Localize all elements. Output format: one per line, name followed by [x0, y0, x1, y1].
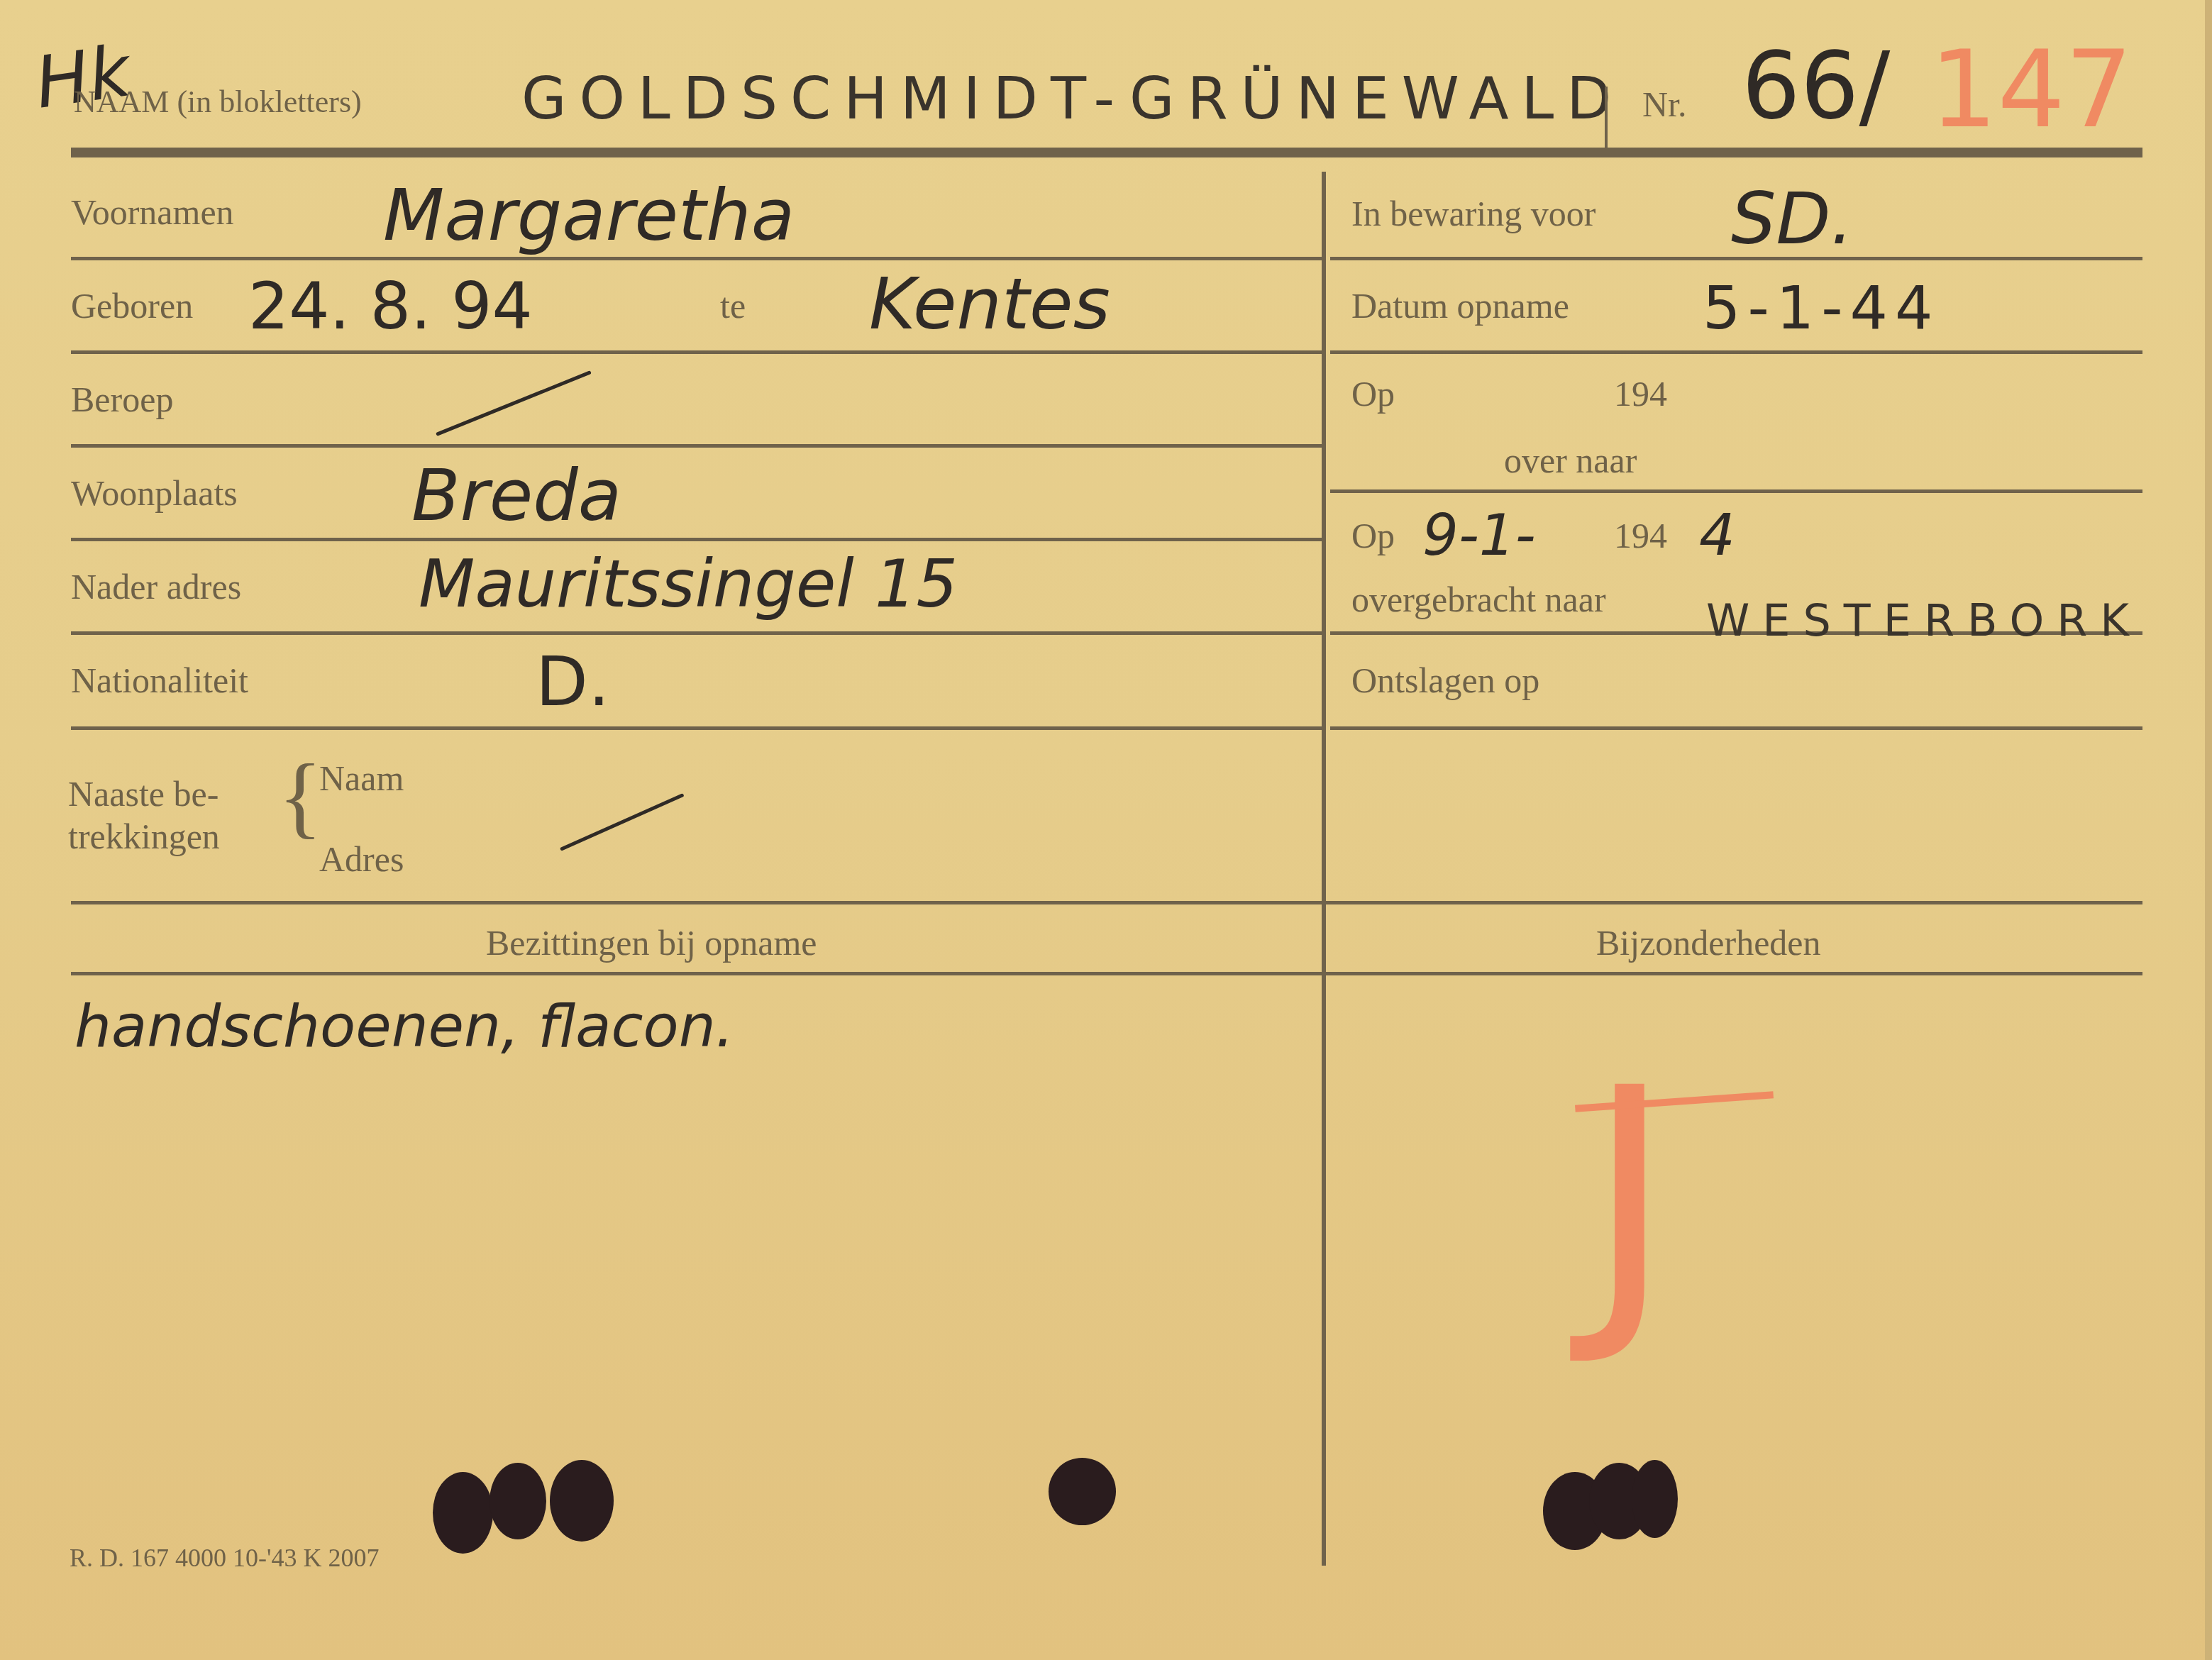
- bijzonderheden-mark: J: [1586, 1050, 1674, 1348]
- overgebracht-value: WESTERBORK: [1706, 594, 2142, 646]
- punch-hole: [1632, 1460, 1678, 1538]
- voornamen-label: Voornamen: [71, 192, 234, 233]
- op2-label: Op: [1351, 515, 1395, 556]
- rule: [1330, 726, 2142, 730]
- bezittingen-value: handschoenen, flacon.: [74, 993, 734, 1061]
- rule: [1330, 489, 2142, 493]
- relations-brace: {: [278, 751, 322, 843]
- punch-hole: [433, 1472, 493, 1554]
- rule: [71, 444, 1322, 448]
- beroep-label: Beroep: [71, 379, 173, 420]
- rule: [71, 901, 2142, 904]
- rule: [71, 726, 1322, 730]
- op1-year: 194: [1614, 373, 1667, 414]
- nr-red-value: 147: [1930, 28, 2133, 152]
- woonplaats-label: Woonplaats: [71, 472, 238, 514]
- relations-value-dash: [560, 793, 685, 851]
- naam-label: NAAM (in blokletters): [74, 84, 362, 120]
- datum-opname-label: Datum opname: [1351, 285, 1569, 326]
- op2-year: 194: [1614, 515, 1667, 556]
- relations-naam-label: Naam: [319, 758, 404, 799]
- nr-divider: [1605, 87, 1608, 149]
- header-rule: [71, 148, 2142, 157]
- center-divider: [1322, 172, 1326, 1566]
- rule: [71, 972, 2142, 975]
- naam-value: GOLDSCHMIDT-GRÜNEWALD: [521, 65, 1624, 133]
- nationaliteit-value: D.: [536, 642, 609, 721]
- bewaring-value: SD.: [1731, 177, 1853, 260]
- geboren-te-label: te: [720, 285, 746, 326]
- bijzonderheden-heading: Bijzonderheden: [1596, 922, 1821, 963]
- geboren-label: Geboren: [71, 285, 193, 326]
- rule: [71, 257, 1322, 260]
- beroep-value-dash: [436, 370, 592, 436]
- nr-label: Nr.: [1642, 84, 1687, 125]
- geboren-te-value: Kentes: [869, 262, 1110, 345]
- rule: [71, 631, 1322, 635]
- op2-year-suffix: 4: [1699, 502, 1735, 568]
- relations-label-line1: Naaste be-: [68, 773, 219, 814]
- woonplaats-value: Breda: [411, 454, 621, 537]
- geboren-value: 24. 8. 94: [248, 270, 533, 344]
- punch-hole: [490, 1463, 546, 1539]
- ontslagen-label: Ontslagen op: [1351, 660, 1539, 701]
- overgebracht-label: overgebracht naar: [1351, 579, 1606, 620]
- registration-card: Hk NAAM (in blokletters) GOLDSCHMIDT-GRÜ…: [0, 0, 2212, 1660]
- punch-hole: [1049, 1458, 1116, 1525]
- op2-date: 9-1-: [1422, 502, 1536, 568]
- relations-label-line2: trekkingen: [68, 816, 220, 857]
- voornamen-value: Margaretha: [383, 174, 795, 257]
- bewaring-label: In bewaring voor: [1351, 193, 1596, 234]
- footer-print-code: R. D. 167 4000 10-'43 K 2007: [70, 1543, 379, 1573]
- rule: [71, 350, 1322, 354]
- nationaliteit-label: Nationaliteit: [71, 660, 248, 701]
- over-naar-label: over naar: [1504, 440, 1637, 481]
- relations-adres-label: Adres: [319, 839, 404, 880]
- rule: [1330, 350, 2142, 354]
- rule: [71, 538, 1322, 541]
- nr-value: 66/: [1742, 32, 1890, 140]
- op1-label: Op: [1351, 373, 1395, 414]
- nader-adres-label: Nader adres: [71, 566, 241, 607]
- punch-hole: [550, 1460, 614, 1542]
- bezittingen-heading: Bezittingen bij opname: [486, 922, 817, 963]
- nader-adres-value: Mauritssingel 15: [419, 546, 958, 622]
- datum-opname-value: 5-1-44: [1703, 273, 1940, 343]
